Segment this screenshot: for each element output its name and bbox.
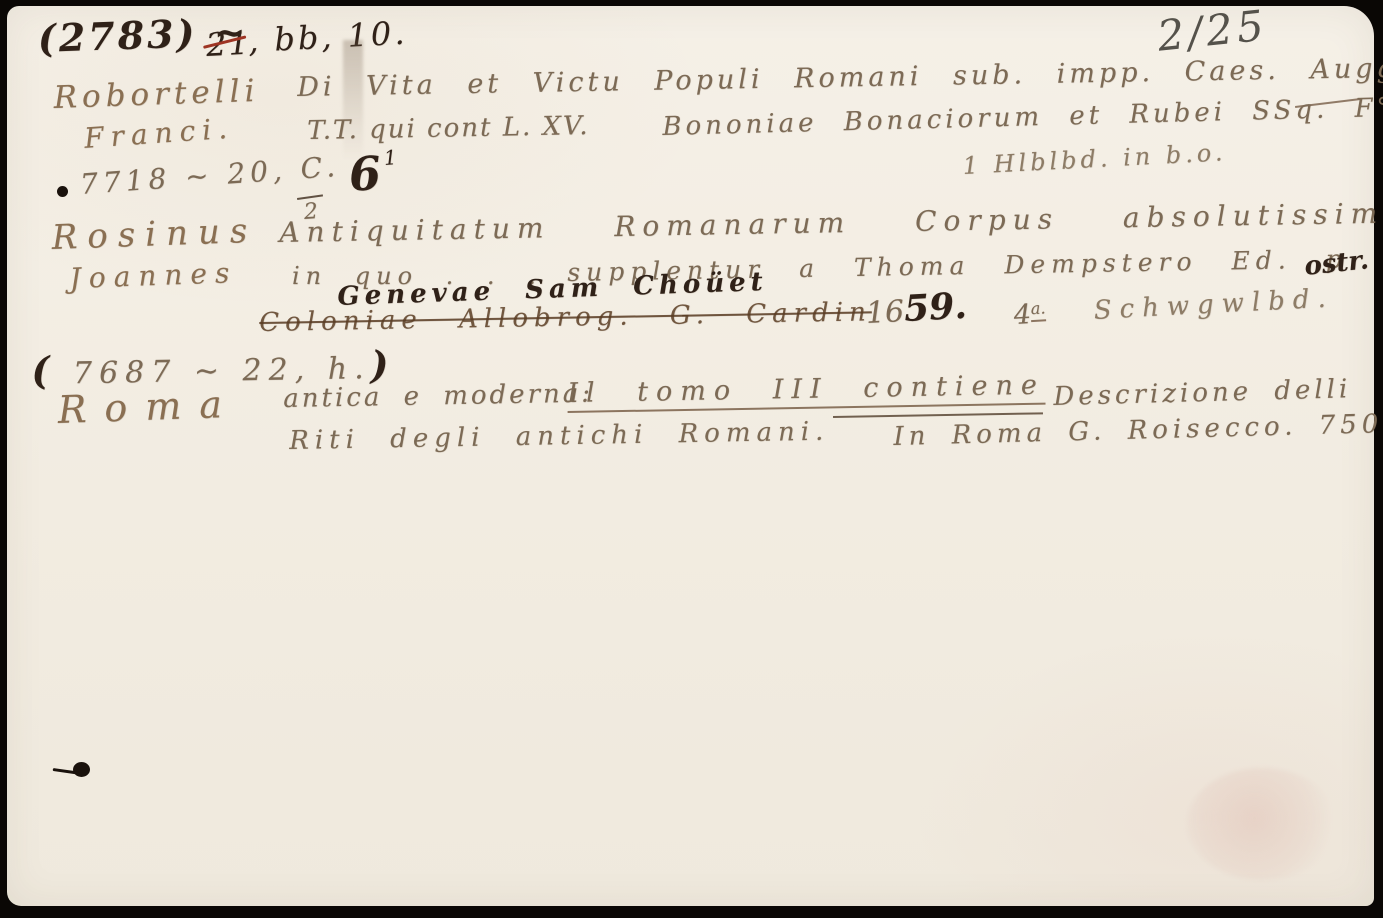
entry2-binding-note: Schwgwlbd.: [1093, 283, 1334, 326]
entry2-shelfmark: 7718 ~ 20, C.: [79, 150, 341, 201]
entry2-imprint-format: 4a.: [1013, 298, 1047, 331]
scanned-card-photo: 2/25 (2783) ~ 21 , bb, 10. Robortelli Fr…: [0, 0, 1383, 918]
entry1-title-line1: Di Vita et Victu Populi Romani sub. impp…: [297, 53, 1383, 103]
entry1-shelfmark-suffix: , bb, 10.: [247, 14, 408, 60]
pen-flourish-2: [833, 412, 1043, 418]
entry3-title-line1b-underlined: Il tomo III contiene: [567, 370, 1045, 413]
entry2-imprint-year: 59.: [903, 285, 968, 330]
entry1-binding-note: 1 Hlblbd. in b.o.: [962, 138, 1227, 180]
entry2-author-line1: Rosinus: [51, 211, 258, 258]
entry2-title-line2c-overwrite: ostr.: [1303, 245, 1370, 282]
entry1-author-line2: Franci.: [83, 112, 235, 155]
entry3-title-line1a: antica e moderna:: [283, 379, 593, 414]
entry3-author-line1: Roma: [57, 382, 241, 432]
entry2-imprint-year-prefix: 16: [865, 294, 905, 331]
ink-smudge: [343, 40, 363, 160]
pencil-shelf-note: 2/25: [1155, 0, 1270, 60]
entry2-size-numerator: 1: [383, 145, 397, 170]
entry2-title-line1: Antiquitatum Romanarum Corpus absolutiss…: [279, 196, 1383, 249]
embossed-stamp: [1187, 768, 1337, 880]
entry2-author-line2: Joannes: [69, 256, 238, 295]
entry3-title-line2a: Riti degli antichi Romani.: [289, 417, 830, 456]
ink-dot: [57, 186, 68, 197]
paren-open: (: [31, 348, 57, 393]
paren-close: ): [370, 342, 396, 387]
catalog-card: 2/25 (2783) ~ 21 , bb, 10. Robortelli Fr…: [7, 6, 1374, 906]
entry1-author-line1: Robortelli: [53, 73, 260, 116]
entry3-title-line1c: Descrizione delli: [1053, 374, 1352, 412]
entry1-title-line2b: Bononiae Bonaciorum et Rubei SSq. F°.: [662, 93, 1383, 142]
format-superscript: a.: [1030, 298, 1046, 322]
format-base: 4: [1013, 299, 1032, 331]
